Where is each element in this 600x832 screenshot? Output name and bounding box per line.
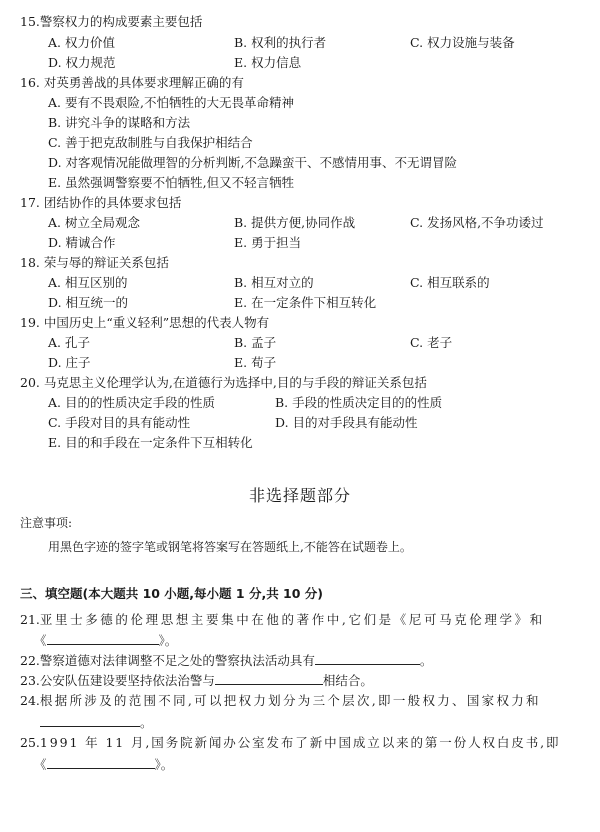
q19-option-e: E. 荀子 xyxy=(234,355,276,371)
answer-blank[interactable] xyxy=(40,714,140,727)
q17-option-a: A. 树立全局观念 xyxy=(48,215,140,231)
q18-option-b: B. 相互对立的 xyxy=(234,275,314,291)
q16-option-d: D. 对客观情况能做理智的分析判断,不急躁蛮干、不感情用事、不无谓冒险 xyxy=(48,155,457,171)
q16-option-b: B. 讲究斗争的谋略和方法 xyxy=(48,115,190,131)
question-21-line1: 21.亚里士多德的伦理思想主要集中在他的著作中,它们是《尼可马克伦理学》和 xyxy=(20,612,575,628)
answer-blank[interactable] xyxy=(315,652,420,665)
question-24-answer: 。 xyxy=(40,714,153,731)
question-16-stem: 16. 对英勇善战的具体要求理解正确的有 xyxy=(20,75,244,91)
q15-option-e: E. 权力信息 xyxy=(234,55,301,71)
question-19-stem: 19. 中国历史上“重义轻利”思想的代表人物有 xyxy=(20,315,269,331)
q18-option-d: D. 相互统一的 xyxy=(48,295,128,311)
question-23: 23.公安队伍建设要坚持依法治警与相结合。 xyxy=(20,672,373,689)
q17-option-d: D. 精诚合作 xyxy=(48,235,116,251)
question-17-stem: 17. 团结协作的具体要求包括 xyxy=(20,195,181,211)
question-number: 15. xyxy=(20,14,40,29)
question-text: 警察权力的构成要素主要包括 xyxy=(40,14,203,29)
q19-option-d: D. 庄子 xyxy=(48,355,91,371)
q19-option-b: B. 孟子 xyxy=(234,335,276,351)
section-title: 非选择题部分 xyxy=(0,483,600,506)
q19-option-a: A. 孔子 xyxy=(48,335,90,351)
question-15-stem: 15.警察权力的构成要素主要包括 xyxy=(20,14,202,30)
answer-blank[interactable] xyxy=(47,756,155,769)
q18-option-e: E. 在一定条件下相互转化 xyxy=(234,295,376,311)
question-22: 22.警察道德对法律调整不足之处的警察执法活动具有。 xyxy=(20,652,432,669)
notice-label: 注意事项: xyxy=(20,514,72,531)
notice-text: 用黑色字迹的签字笔或钢笔将答案写在答题纸上,不能答在试题卷上。 xyxy=(48,538,412,555)
q17-option-e: E. 勇于担当 xyxy=(234,235,301,251)
answer-blank[interactable] xyxy=(215,672,323,685)
q18-option-a: A. 相互区别的 xyxy=(48,275,128,291)
exam-page: 15.警察权力的构成要素主要包括 A. 权力价值 B. 权利的执行者 C. 权力… xyxy=(0,0,600,832)
q15-option-c: C. 权力设施与装备 xyxy=(410,35,515,51)
question-25-line1: 25.1991 年 11 月,国务院新闻办公室发布了新中国成立以来的第一份人权白… xyxy=(20,735,560,751)
q20-option-c: C. 手段对目的具有能动性 xyxy=(48,415,190,431)
q20-option-b: B. 手段的性质决定目的的性质 xyxy=(275,395,442,411)
question-20-stem: 20. 马克思主义伦理学认为,在道德行为选择中,目的与手段的辩证关系包括 xyxy=(20,375,427,391)
question-18-stem: 18. 荣与辱的辩证关系包括 xyxy=(20,255,169,271)
q20-option-a: A. 目的的性质决定手段的性质 xyxy=(48,395,215,411)
q17-option-c: C. 发扬风格,不争功诿过 xyxy=(410,215,544,231)
q15-option-b: B. 权利的执行者 xyxy=(234,35,326,51)
question-24-line1: 24.根据所涉及的范围不同,可以把权力划分为三个层次,即一般权力、国家权力和 xyxy=(20,693,541,709)
q17-option-b: B. 提供方便,协同作战 xyxy=(234,215,355,231)
q18-option-c: C. 相互联系的 xyxy=(410,275,490,291)
question-21-answer: 《》。 xyxy=(34,632,177,649)
fill-in-section-title: 三、填空题(本大题共 10 小题,每小题 1 分,共 10 分) xyxy=(20,584,323,602)
q16-option-e: E. 虽然强调警察要不怕牺牲,但又不轻言牺牲 xyxy=(48,175,294,191)
q15-option-d: D. 权力规范 xyxy=(48,55,116,71)
question-25-answer: 《》。 xyxy=(34,756,173,773)
q16-option-c: C. 善于把克敌制胜与自我保护相结合 xyxy=(48,135,253,151)
q19-option-c: C. 老子 xyxy=(410,335,452,351)
q20-option-d: D. 目的对手段具有能动性 xyxy=(275,415,418,431)
q15-option-a: A. 权力价值 xyxy=(48,35,115,51)
q16-option-a: A. 要有不畏艰险,不怕牺牲的大无畏革命精神 xyxy=(48,95,294,111)
answer-blank[interactable] xyxy=(47,632,159,645)
q20-option-e: E. 目的和手段在一定条件下互相转化 xyxy=(48,435,253,451)
